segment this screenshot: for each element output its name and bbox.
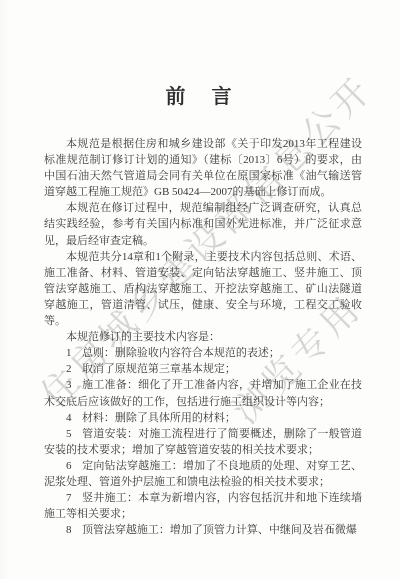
paragraph: 本规范修订的主要技术内容是： <box>44 329 362 345</box>
revision-item: 6定向钻法穿越施工：增加了不良地质的处理、对穿工艺、泥浆处理、管道外护层施工和馈… <box>44 458 362 490</box>
item-text: 材料：删除了具体所用的材料； <box>82 412 236 424</box>
item-text: 顶管法穿越施工：增加了顶管力计算、中继间及岩石微爆 <box>82 524 357 536</box>
page-title: 前 言 <box>0 0 400 108</box>
paragraph: 本规范在修订过程中，规范编制组经广泛调查研究，认真总结实践经验，参考有关国内标准… <box>44 200 362 248</box>
item-number: 3 <box>66 379 72 391</box>
item-number: 7 <box>66 492 72 504</box>
revision-item: 8顶管法穿越施工：增加了顶管力计算、中继间及岩石微爆 <box>44 522 362 538</box>
item-number: 5 <box>66 428 72 440</box>
revision-item: 2取消了原规范第三章基本规定； <box>44 361 362 377</box>
item-text: 总则：删除验收内容符合本规范的表述； <box>82 347 280 359</box>
revision-item: 3施工准备：细化了开工准备内容，并增加了施工企业在技术交底后应该做好的工作，包括… <box>44 377 362 409</box>
revision-item: 1总则：删除验收内容符合本规范的表述； <box>44 345 362 361</box>
page-number: · 1 · <box>318 524 344 536</box>
paragraph: 本规范是根据住房和城乡建设部《关于印发2013年工程建设标准规范制订修订计划的通… <box>44 136 362 200</box>
body-text: 本规范是根据住房和城乡建设部《关于印发2013年工程建设标准规范制订修订计划的通… <box>44 136 362 538</box>
revision-item: 4材料：删除了具体所用的材料； <box>44 410 362 426</box>
item-number: 8 <box>66 524 72 536</box>
revision-item: 5管道安装：对施工流程进行了简要概述，删除了一般管道安装的技术要求；增加了穿越管… <box>44 426 362 458</box>
revision-item: 7竖井施工：本章为新增内容，内容包括沉井和地下连续墙施工等相关要求； <box>44 490 362 522</box>
item-text: 定向钻法穿越施工：增加了不良地质的处理、对穿工艺、泥浆处理、管道外护层施工和馈电… <box>44 460 362 488</box>
item-text: 管道安装：对施工流程进行了简要概述，删除了一般管道安装的技术要求；增加了穿越管道… <box>44 428 362 456</box>
document-page: 住房城乡建设部信息公开 浏览专用 前 言 本规范是根据住房和城乡建设部《关于印发… <box>0 0 400 579</box>
item-text: 施工准备：细化了开工准备内容，并增加了施工企业在技术交底后应该做好的工作，包括进… <box>44 379 362 407</box>
paragraph: 本规范共分14章和1个附录，主要技术内容包括总则、术语、施工准备、材料、管道安装… <box>44 249 362 329</box>
item-number: 4 <box>66 412 72 424</box>
item-number: 6 <box>66 460 72 472</box>
item-text: 取消了原规范第三章基本规定； <box>82 363 236 375</box>
item-number: 1 <box>66 347 72 359</box>
item-text: 竖井施工：本章为新增内容，内容包括沉井和地下连续墙施工等相关要求； <box>44 492 362 520</box>
item-number: 2 <box>66 363 72 375</box>
page-content: 前 言 本规范是根据住房和城乡建设部《关于印发2013年工程建设标准规范制订修订… <box>0 0 400 538</box>
